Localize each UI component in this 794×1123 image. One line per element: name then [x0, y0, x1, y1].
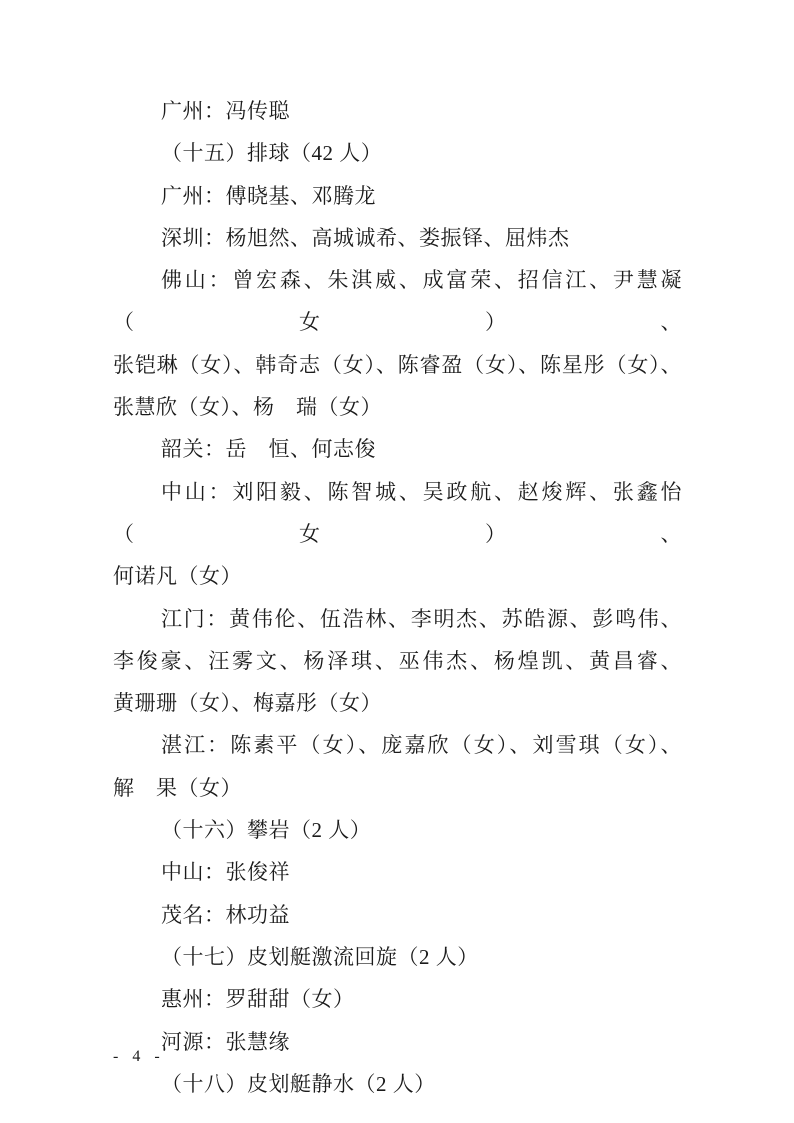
text-line-guangzhou-volleyball: 广州：傅晓基、邓腾龙: [113, 175, 682, 217]
text-line-shenzhen-volleyball: 深圳：杨旭然、高城诚希、娄振铎、屈炜杰: [113, 217, 682, 259]
text-line-zhanjiang-volleyball-1: 湛江：陈素平（女）、庞嘉欣（女）、刘雪琪（女）、: [113, 724, 682, 766]
text-line-zhanjiang-volleyball-2: 解 果（女）: [113, 767, 682, 809]
text-line-foshan-volleyball-1: 佛山：曾宏森、朱淇威、成富荣、招信江、尹慧凝（女）、: [113, 259, 682, 344]
text-line-jiangmen-volleyball-3: 黄珊珊（女）、梅嘉彤（女）: [113, 682, 682, 724]
text-line-maoming-climbing: 茂名：林功益: [113, 894, 682, 936]
text-line-foshan-volleyball-2: 张铠琳（女）、韩奇志（女）、陈睿盈（女）、陈星彤（女）、: [113, 344, 682, 386]
page-number: - 4 -: [113, 1044, 165, 1070]
text-line-guangzhou-coach: 广州：冯传聪: [113, 90, 682, 132]
text-line-zhongshan-climbing: 中山：张俊祥: [113, 851, 682, 893]
text-line-heyuan-canoe: 河源：张慧缘: [113, 1021, 682, 1063]
text-line-section-17-canoe-slalom: （十七）皮划艇激流回旋（2 人）: [113, 936, 682, 978]
document-page: 广州：冯传聪 （十五）排球（42 人） 广州：傅晓基、邓腾龙 深圳：杨旭然、高城…: [0, 0, 794, 1123]
text-line-section-18-canoe-sprint: （十八）皮划艇静水（2 人）: [113, 1063, 682, 1105]
text-line-zhongshan-volleyball-2: 何诺凡（女）: [113, 555, 682, 597]
text-line-jiangmen-volleyball-1: 江门：黄伟伦、伍浩林、李明杰、苏皓源、彭鸣伟、: [113, 598, 682, 640]
text-line-jiangmen-volleyball-2: 李俊豪、汪雾文、杨泽琪、巫伟杰、杨煌凯、黄昌睿、: [113, 640, 682, 682]
text-line-foshan-volleyball-3: 张慧欣（女）、杨 瑞（女）: [113, 386, 682, 428]
text-line-zhongshan-volleyball-1: 中山：刘阳毅、陈智城、吴政航、赵焌辉、张鑫怡（女）、: [113, 471, 682, 556]
document-body: 广州：冯传聪 （十五）排球（42 人） 广州：傅晓基、邓腾龙 深圳：杨旭然、高城…: [113, 90, 682, 1105]
text-line-huizhou-canoe: 惠州：罗甜甜（女）: [113, 978, 682, 1020]
text-line-section-16-climbing: （十六）攀岩（2 人）: [113, 809, 682, 851]
text-line-section-15-volleyball: （十五）排球（42 人）: [113, 132, 682, 174]
text-line-shaoguan-volleyball: 韶关：岳 恒、何志俊: [113, 428, 682, 470]
